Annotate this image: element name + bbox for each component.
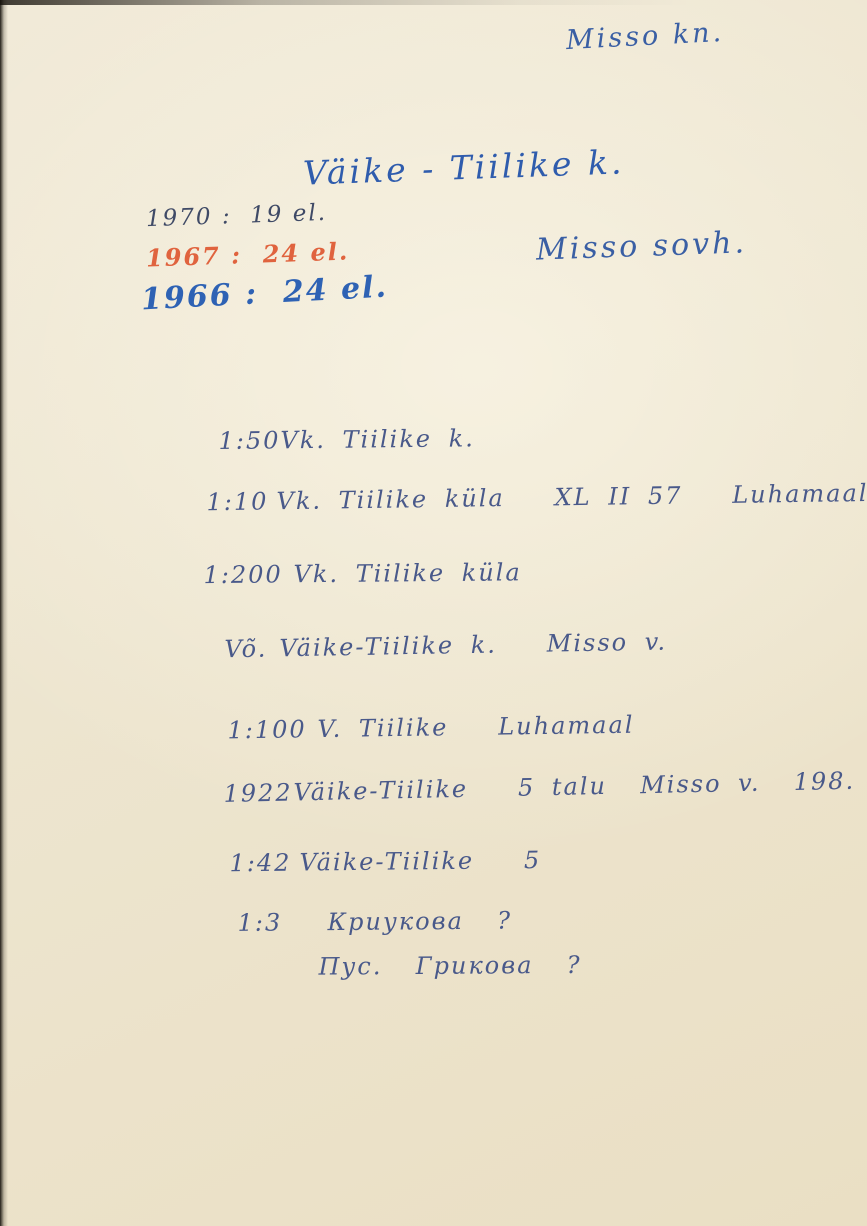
entry-prefix: 1:42 [229, 850, 299, 877]
scan-edge-top [0, 0, 867, 5]
entry-line: 1:200Vk. Tiilike küla [137, 533, 522, 616]
corner-note: Misso kn. [565, 18, 725, 56]
page-title: Väike - Tiilike k. [302, 144, 624, 191]
entry-prefix: 1:200 [203, 562, 293, 589]
entry-prefix: 1:50 [218, 428, 280, 455]
side-note: Misso sovh. [535, 226, 747, 266]
entry-text: Väike-Tiilike k. Misso v. [279, 628, 667, 663]
scan-edge-left [0, 0, 8, 1226]
entry-prefix: Võ. [224, 636, 279, 663]
population-note-1966: 1966 : 24 el. [140, 271, 388, 317]
entry-text: Väike-Tiilike 5 talu Misso v. 198. [293, 767, 855, 807]
entry-text: Пус. Грикова ? [318, 951, 581, 981]
entry-line: 1:10Vk. Tiilike küla XL II 57 Luhamaal. [139, 454, 867, 543]
index-card: Misso kn. Väike - Tiilike k. 1970 : 19 e… [0, 0, 867, 1226]
entry-prefix: 1922 [223, 780, 294, 808]
entry-text: Vk. Tiilike küla [293, 559, 521, 589]
entry-text: Vk. Tiilike küla XL II 57 Luhamaal. [276, 479, 867, 515]
population-note-1970: 1970 : 19 el. [146, 201, 328, 233]
entry-line: Võ.Väike-Tiilike k. Misso v. [157, 603, 667, 691]
entry-text: Väike-Tiilike 5 [299, 846, 541, 877]
entry-line: Пус. Грикова ? [252, 926, 582, 1007]
entry-text: Vk. Tiilike k. [280, 425, 475, 455]
entry-prefix: 1:10 [206, 489, 276, 516]
entry-prefix: 1:100 [227, 717, 317, 745]
population-note-1967: 1967 : 24 el. [146, 238, 350, 271]
entry-text: V. Tiilike Luhamaal [317, 711, 634, 743]
